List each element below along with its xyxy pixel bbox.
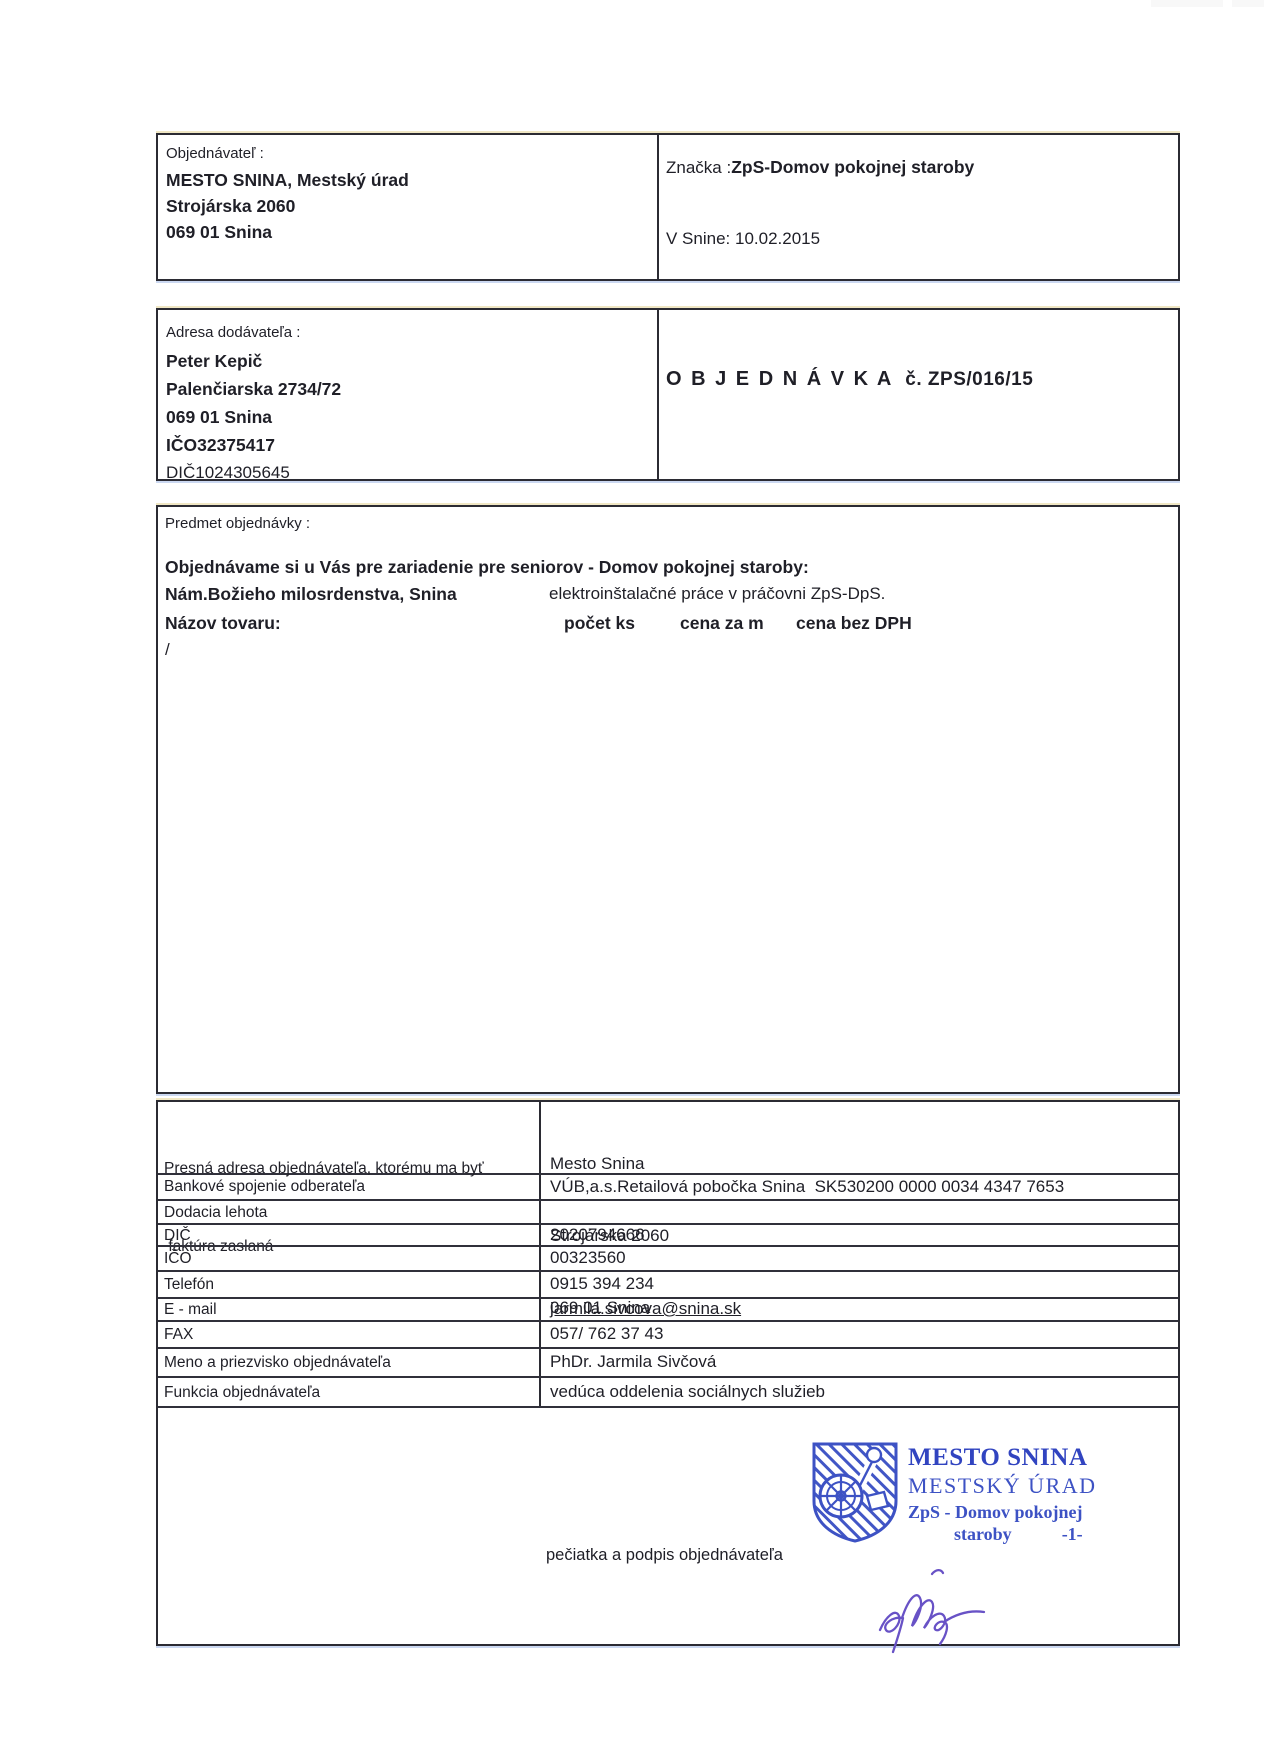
- row-label: Bankové spojenie odberateľa: [158, 1175, 541, 1199]
- table-row: Telefón 0915 394 234: [158, 1272, 1178, 1299]
- table-row: Dodacia lehota: [158, 1201, 1178, 1225]
- supplier-ico: IČO32375417: [166, 431, 665, 459]
- supplier-cell: Adresa dodávateľa : Peter Kepič Palenčia…: [158, 310, 673, 479]
- customer-street: Strojárska 2060: [166, 193, 665, 219]
- row-value: [541, 1201, 1178, 1223]
- col-price-per-m: cena za m: [680, 613, 764, 634]
- row-value: 0915 394 234: [541, 1272, 1178, 1297]
- supplier-name: Peter Kepič: [166, 347, 665, 375]
- row-value: Mesto Snina Strojárska 2060 069 01 Snina: [541, 1102, 1178, 1173]
- details-table: Presná adresa objednávateľa, ktorému ma …: [156, 1100, 1180, 1646]
- row-value: vedúca oddelenia sociálnych služieb: [541, 1378, 1178, 1406]
- row-label: DIČ: [158, 1225, 541, 1245]
- subject-line2: Nám.Božieho milosrdenstva, Snina elektro…: [165, 584, 1172, 605]
- stamp-signature-area: pečiatka a podpis objednávateľa: [158, 1408, 1178, 1644]
- scan-artifact-bar: [1232, 0, 1264, 7]
- order-number: č. ZPS/016/15: [905, 369, 1033, 390]
- row-value: PhDr. Jarmila Sivčová: [541, 1349, 1178, 1376]
- supplier-street: Palenčiarska 2734/72: [166, 375, 665, 403]
- goods-header-row: Názov tovaru: počet ks cena za m cena be…: [165, 613, 1172, 634]
- goods-label: Názov tovaru:: [165, 613, 281, 633]
- subject-slash: /: [165, 640, 1172, 660]
- table-row: Funkcia objednávateľa vedúca oddelenia s…: [158, 1378, 1178, 1408]
- stamp-text-block: MESTO SNINA MESTSKÝ ÚRAD ZpS - Domov pok…: [908, 1444, 1097, 1545]
- row-value: 00323560: [541, 1247, 1178, 1270]
- supplier-box: Adresa dodávateľa : Peter Kepič Palenčia…: [156, 308, 1180, 481]
- row-label: Presná adresa objednávateľa, ktorému ma …: [158, 1102, 541, 1173]
- row-value: 057/ 762 37 43: [541, 1322, 1178, 1347]
- col-price-no-vat: cena bez DPH: [796, 613, 912, 634]
- customer-box: Objednávateľ : MESTO SNINA, Mestský úrad…: [156, 133, 1180, 281]
- mark-line: Značka :ZpS-Domov pokojnej staroby: [666, 157, 1172, 178]
- row-label: Funkcia objednávateľa: [158, 1378, 541, 1406]
- table-row: IČO 00323560: [158, 1247, 1178, 1272]
- place-date: V Snine: 10.02.2015: [666, 229, 1172, 249]
- table-row: Presná adresa objednávateľa, ktorému ma …: [158, 1102, 1178, 1175]
- row-value: 2020794666: [541, 1225, 1178, 1245]
- mark-cell: Značka :ZpS-Domov pokojnej staroby V Sni…: [657, 135, 1178, 279]
- subject-line1: Objednávame si u Vás pre zariadenie pre …: [165, 557, 1172, 578]
- mark-label: Značka :: [666, 158, 731, 177]
- subject-label: Predmet objednávky :: [165, 515, 1172, 533]
- city-coat-of-arms-stamp-icon: [810, 1440, 900, 1551]
- table-row: Bankové spojenie odberateľa VÚB,a.s.Reta…: [158, 1175, 1178, 1201]
- scan-artifact-bar: [1151, 0, 1223, 7]
- row-label: Meno a priezvisko objednávateľa: [158, 1349, 541, 1376]
- table-row: Meno a priezvisko objednávateľa PhDr. Ja…: [158, 1349, 1178, 1378]
- signature-icon: [872, 1564, 1004, 1661]
- supplier-dic: DIČ1024305645: [166, 459, 665, 487]
- scanned-order-document: Objednávateľ : MESTO SNINA, Mestský úrad…: [0, 0, 1264, 1752]
- subject-address: Nám.Božieho milosrdenstva, Snina: [165, 584, 457, 604]
- stamp-caption: pečiatka a podpis objednávateľa: [546, 1546, 783, 1565]
- customer-cell: Objednávateľ : MESTO SNINA, Mestský úrad…: [158, 135, 673, 279]
- row-label: Dodacia lehota: [158, 1201, 541, 1223]
- mark-value: ZpS-Domov pokojnej staroby: [731, 157, 974, 177]
- table-row: DIČ 2020794666: [158, 1225, 1178, 1247]
- order-number-cell: O B J E D N Á V K Ač. ZPS/016/15: [657, 310, 1178, 479]
- row-label: Telefón: [158, 1272, 541, 1297]
- subject-box: Predmet objednávky : Objednávame si u Vá…: [156, 505, 1180, 1094]
- subject-works: elektroinštalačné práce v práčovni ZpS-D…: [549, 584, 885, 604]
- stamp-line3: ZpS - Domov pokojnej: [908, 1502, 1097, 1523]
- row-label: FAX: [158, 1322, 541, 1347]
- order-heading: O B J E D N Á V K Ač. ZPS/016/15: [666, 368, 1172, 391]
- stamp-line2: MESTSKÝ ÚRAD: [908, 1473, 1097, 1499]
- supplier-label: Adresa dodávateľa :: [166, 319, 665, 347]
- supplier-city: 069 01 Snina: [166, 403, 665, 431]
- row-value-email: jarmila.sivcova@snina.sk: [541, 1299, 1178, 1320]
- row-value: VÚB,a.s.Retailová pobočka Snina SK530200…: [541, 1175, 1178, 1199]
- stamp-line1: MESTO SNINA: [908, 1444, 1097, 1472]
- customer-label: Objednávateľ :: [166, 141, 665, 167]
- col-qty: počet ks: [564, 613, 635, 634]
- table-row: E - mail jarmila.sivcova@snina.sk: [158, 1299, 1178, 1322]
- row-label: IČO: [158, 1247, 541, 1270]
- customer-city: 069 01 Snina: [166, 219, 665, 245]
- customer-name: MESTO SNINA, Mestský úrad: [166, 167, 665, 193]
- table-row: FAX 057/ 762 37 43: [158, 1322, 1178, 1349]
- row-label: E - mail: [158, 1299, 541, 1320]
- stamp-line4: staroby-1-: [908, 1524, 1097, 1545]
- order-title: O B J E D N Á V K A: [666, 368, 893, 390]
